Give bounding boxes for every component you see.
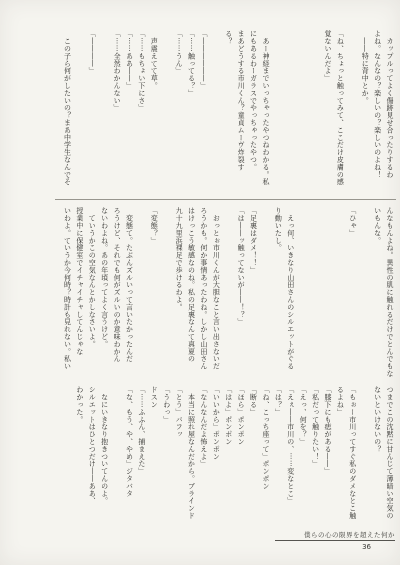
- text-column: 九十九里浜裸足で歩けるわよ。: [173, 207, 185, 383]
- text-column: 「うわっ」: [160, 386, 172, 519]
- text-column: んなもんよね。異性の肌に触れるだけでとんでもな: [384, 207, 396, 383]
- text-column: えっ何、いきなり山田さんのシルエットがぐる: [284, 207, 296, 383]
- blank-column: [346, 30, 358, 193]
- text-column: 「ほら」ポンポン: [235, 386, 247, 519]
- text-column: 「断る」: [247, 386, 259, 519]
- text-column: 本当に照れ屋なんだから。ブラインド関係ない: [185, 386, 197, 519]
- text-column: 「いいから」ポンポン: [210, 386, 222, 519]
- text-column: なにいきなり抱きついてんのよ。: [98, 386, 110, 519]
- text-column: わかった。: [73, 386, 85, 519]
- blank-column: [359, 386, 371, 519]
- blank-column: [284, 30, 296, 193]
- text-column: この子ら何がしたいの？まあ中学生なんでそ: [61, 30, 73, 193]
- text-column: 「⋯⋯全然わかんない」: [111, 30, 123, 193]
- text-column: 覚ないんだよ」: [322, 30, 334, 193]
- text-column: 「は――ッ触ってないが――！？」: [235, 207, 247, 383]
- text-column: いわよ。ていうか今何時？時計も見れない。私い: [61, 207, 73, 383]
- page-number: 36: [275, 541, 395, 551]
- text-column: ないわよね。あの年頃ってよく言うけど。: [98, 207, 110, 383]
- text-column: ないといけないの？: [371, 386, 383, 519]
- blank-column: [160, 30, 172, 193]
- text-column: 「もぉー市川ってすぐ私のダメなとこ触ってく: [346, 386, 358, 519]
- blank-column: [334, 207, 346, 383]
- blank-column: [309, 30, 321, 193]
- text-column: つまでこの沈黙に甘んじて薄暗い空気の中にい: [384, 386, 396, 519]
- text-column: 「⋯⋯ふふん、捕まえた」: [135, 386, 147, 519]
- blank-column: [309, 207, 321, 383]
- text-column: 「――――――」: [198, 30, 210, 193]
- text-column: 「⋯⋯触ってる？」: [185, 30, 197, 193]
- text-column: る？: [222, 30, 234, 193]
- text-column: 「ひゃ」: [346, 207, 358, 383]
- text-column: 「ね、こっち座って」ポンポン: [260, 386, 272, 519]
- blank-column: [297, 30, 309, 193]
- text-column: カップルってよく傷跡見せ合ったりするわ: [384, 30, 396, 193]
- blank-column: [210, 30, 222, 193]
- text-column: 授業中に保健室でイチャイチャしてんじゃな: [73, 207, 85, 383]
- text-block-middle: んなもんよね。異性の肌に触れるだけでとんでもないもんな。 「ひゃ」 えっ何、いき…: [58, 207, 396, 383]
- blank-column: [359, 207, 371, 383]
- text-block-bottom: つまでこの沈黙に甘んじて薄暗い空気の中にいないといけないの？ 「もぉー市川ってす…: [58, 386, 396, 519]
- text-column: 「⋯⋯うん」: [173, 30, 185, 193]
- text-column: 「はよ」ポンポン: [222, 386, 234, 519]
- text-column: いもんな。: [371, 207, 383, 383]
- text-column: 「⋯⋯ああ――」: [123, 30, 135, 193]
- blank-column: [160, 207, 172, 383]
- running-title: 僕らの心の限界を超えた何か: [275, 530, 395, 541]
- blank-column: [260, 207, 272, 383]
- text-column: ろうけど、それでも何がズルいのか意味わかん: [111, 207, 123, 383]
- text-column: にもあるわーガラスでやっちゃったやつ。: [247, 30, 259, 193]
- blank-column: [297, 207, 309, 383]
- blank-column: [322, 207, 334, 383]
- text-column: 「えぇ――市川の、⋯⋯変なとこ」: [284, 386, 296, 519]
- text-column: ――特に背中とか。: [359, 30, 371, 193]
- text-column: まあどうする市川くん？童貞ムーヴ炸裂す: [235, 30, 247, 193]
- text-column: ていうかこの空気なんとかしなさいよ。: [86, 207, 98, 383]
- text-column: るよね」: [334, 386, 346, 519]
- text-column: 声震えてて草。: [148, 30, 160, 193]
- text-column: ドスン: [148, 386, 160, 519]
- blank-column: [111, 386, 123, 519]
- blank-column: [98, 30, 110, 193]
- text-column: 「変態？」: [148, 207, 160, 383]
- section-divider-rule: [55, 199, 396, 200]
- text-column: 「なんなんだよ怖えよ」: [198, 386, 210, 519]
- blank-column: [135, 207, 147, 383]
- text-column: シルエットはひとつだけ――ああ、: [86, 386, 98, 519]
- text-column: おっとぉ市川くんが大胆なこと言い出さないだ: [210, 207, 222, 383]
- book-page-scan: カップルってよく傷跡見せ合ったりするわよね。なんなの？楽しいの？楽しいのよね！ …: [0, 0, 400, 565]
- text-column: 変態て。たぶんズルいって言いたかったんだ: [123, 207, 135, 383]
- blank-column: [222, 207, 234, 383]
- text-column: ろうかも。何か事情あったわね。しかし山田さん: [198, 207, 210, 383]
- text-column: 「私だって触りたい！」: [309, 386, 321, 519]
- page-footer: 僕らの心の限界を超えた何か 36: [275, 530, 395, 551]
- text-column: 「足裏はダメ！！」: [247, 207, 259, 383]
- text-column: 「⋯⋯もちょい下にさ」: [135, 30, 147, 193]
- text-column: はけっこう敏感なのね。私の足裏なんて真夏の: [185, 207, 197, 383]
- text-column: 「とう」バフッ: [173, 386, 185, 519]
- blank-column: [73, 30, 85, 193]
- text-column: 「――――」: [86, 30, 98, 193]
- text-column: 「えっ、何を？」: [297, 386, 309, 519]
- text-column: 「ね、ちょっと触ってみて、ここだけ皮膚の感: [334, 30, 346, 193]
- text-block-top: カップルってよく傷跡見せ合ったりするわよね。なんなの？楽しいの？楽しいのよね！ …: [58, 30, 396, 193]
- text-column: よね。なんなの？楽しいの？楽しいのよね！: [371, 30, 383, 193]
- text-column: 「膝下にも痣がある――」: [322, 386, 334, 519]
- text-column: あー神経までいっちゃったやつねわかる。私: [260, 30, 272, 193]
- text-column: 「な、もう、や、やめ」ジタバタ: [123, 386, 135, 519]
- text-column: り動いたし。: [272, 207, 284, 383]
- blank-column: [272, 30, 284, 193]
- text-column: 「は？」: [272, 386, 284, 519]
